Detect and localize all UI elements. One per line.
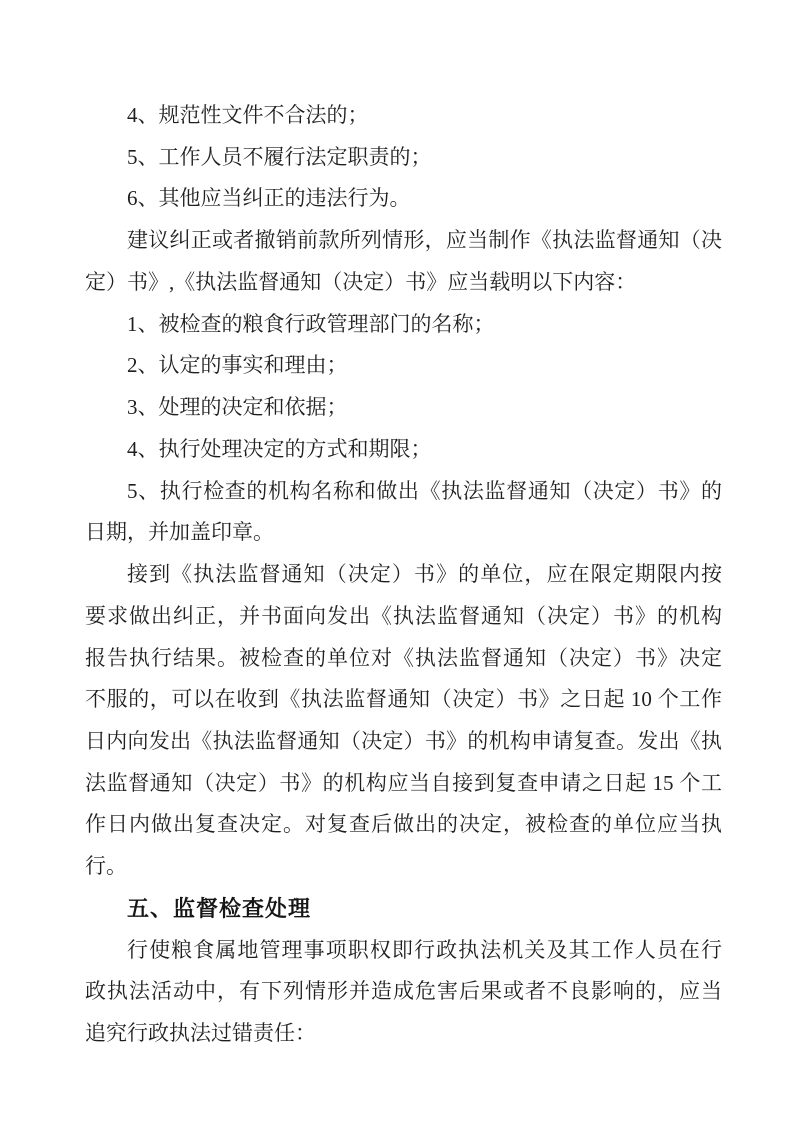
text-line: 政执法活动中，有下列情形并造成危害后果或者不良影响的，应当 — [85, 971, 722, 1013]
text-line: 接到《执法监督通知（决定）书》的单位，应在限定期限内按 — [85, 554, 722, 596]
text-line: 不服的，可以在收到《执法监督通知（决定）书》之日起 10 个工作 — [85, 679, 722, 721]
document-body: 4、规范性文件不合法的；5、工作人员不履行法定职责的；6、其他应当纠正的违法行为… — [85, 95, 722, 1055]
document-page: 4、规范性文件不合法的；5、工作人员不履行法定职责的；6、其他应当纠正的违法行为… — [0, 0, 793, 1122]
text-line: 日期，并加盖印章。 — [85, 512, 722, 554]
section-heading: 五、监督检查处理 — [85, 888, 722, 930]
text-line: 4、执行处理决定的方式和期限； — [85, 429, 722, 471]
text-line: 建议纠正或者撤销前款所列情形，应当制作《执法监督通知（决 — [85, 220, 722, 262]
text-line: 报告执行结果。被检查的单位对《执法监督通知（决定）书》决定 — [85, 638, 722, 680]
text-line: 5、执行检查的机构名称和做出《执法监督通知（决定）书》的 — [85, 471, 722, 513]
text-line: 日内向发出《执法监督通知（决定）书》的机构申请复查。发出《执 — [85, 721, 722, 763]
text-line: 5、工作人员不履行法定职责的； — [85, 137, 722, 179]
text-line: 行使粮食属地管理事项职权即行政执法机关及其工作人员在行 — [85, 930, 722, 972]
text-line: 法监督通知（决定）书》的机构应当自接到复查申请之日起 15 个工 — [85, 763, 722, 805]
text-line: 1、被检查的粮食行政管理部门的名称； — [85, 304, 722, 346]
text-line: 4、规范性文件不合法的； — [85, 95, 722, 137]
text-line: 3、处理的决定和依据； — [85, 387, 722, 429]
text-line: 作日内做出复查决定。对复查后做出的决定，被检查的单位应当执 — [85, 804, 722, 846]
text-line: 行。 — [85, 846, 722, 888]
text-line: 定）书》,《执法监督通知（决定）书》应当载明以下内容： — [85, 262, 722, 304]
text-line: 追究行政执法过错责任： — [85, 1013, 722, 1055]
text-line: 2、认定的事实和理由； — [85, 345, 722, 387]
text-line: 6、其他应当纠正的违法行为。 — [85, 178, 722, 220]
text-line: 要求做出纠正，并书面向发出《执法监督通知（决定）书》的机构 — [85, 596, 722, 638]
